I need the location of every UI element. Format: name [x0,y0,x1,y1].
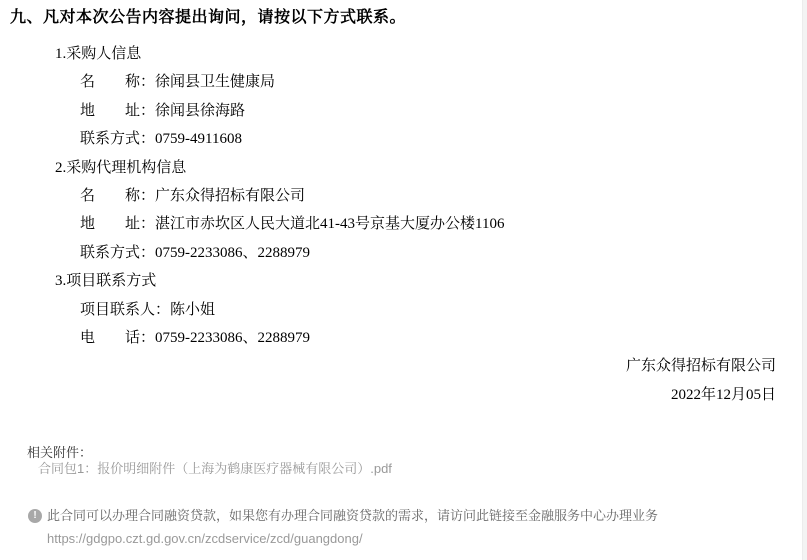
finance-notice-text: 此合同可以办理合同融资贷款，如果您有办理合同融资贷款的需求，请访问此链接至金融服… [47,507,658,524]
field-value: 湛江市赤坎区人民大道北41-43号京基大厦办公楼1106 [155,216,504,232]
project-contact-person-row: 项目联系人：陈小姐 [80,296,807,324]
finance-notice-line: ! 此合同可以办理合同融资贷款，如果您有办理合同融资贷款的需求，请访问此链接至金… [28,507,807,524]
signature-company: 广东众得招标有限公司 [0,352,776,380]
project-contact-title: 3.项目联系方式 [55,267,807,295]
scrollbar-track[interactable] [802,0,807,560]
field-label: 联系方式： [80,131,155,147]
announcement-page: 九、凡对本次公告内容提出询问，请按以下方式联系。 1.采购人信息 名 称：徐闻县… [0,0,807,560]
field-value: 广东众得招标有限公司 [155,188,305,204]
purchaser-name-row: 名 称：徐闻县卫生健康局 [80,68,807,96]
attachments-section: 相关附件： 合同包1：报价明细附件（上海为鹤康医疗器械有限公司）.pdf [27,445,807,477]
field-label: 地 址： [80,103,155,119]
finance-service-url[interactable]: https://gdgpo.czt.gd.gov.cn/zcdservice/z… [47,530,807,547]
purchaser-info-title: 1.采购人信息 [55,40,807,68]
field-value: 陈小姐 [170,302,215,318]
section-heading: 九、凡对本次公告内容提出询问，请按以下方式联系。 [10,8,807,28]
contact-info-section: 九、凡对本次公告内容提出询问，请按以下方式联系。 1.采购人信息 名 称：徐闻县… [0,0,807,409]
field-value: 0759-4911608 [155,131,242,147]
field-label: 项目联系人： [80,302,170,318]
info-icon: ! [28,509,42,523]
attachments-title: 相关附件： [27,445,807,461]
agency-name-row: 名 称：广东众得招标有限公司 [80,182,807,210]
field-label: 电 话： [80,330,155,346]
field-value: 0759-2233086、2288979 [155,330,310,346]
field-value: 徐闻县卫生健康局 [155,74,275,90]
field-label: 名 称： [80,74,155,90]
agency-phone-row: 联系方式：0759-2233086、2288979 [80,239,807,267]
finance-notice: ! 此合同可以办理合同融资贷款，如果您有办理合同融资贷款的需求，请访问此链接至金… [28,507,807,547]
signature-date: 2022年12月05日 [0,381,776,409]
agency-info-title: 2.采购代理机构信息 [55,154,807,182]
field-label: 联系方式： [80,245,155,261]
purchaser-address-row: 地 址：徐闻县徐海路 [80,97,807,125]
field-label: 名 称： [80,188,155,204]
project-phone-row: 电 话：0759-2233086、2288979 [80,324,807,352]
purchaser-phone-row: 联系方式：0759-4911608 [80,125,807,153]
field-label: 地 址： [80,216,155,232]
agency-address-row: 地 址：湛江市赤坎区人民大道北41-43号京基大厦办公楼1106 [80,210,807,238]
field-value: 0759-2233086、2288979 [155,245,310,261]
field-value: 徐闻县徐海路 [155,103,245,119]
attachment-pdf-link[interactable]: 合同包1：报价明细附件（上海为鹤康医疗器械有限公司）.pdf [38,461,807,477]
signature-block: 广东众得招标有限公司 2022年12月05日 [0,352,807,409]
